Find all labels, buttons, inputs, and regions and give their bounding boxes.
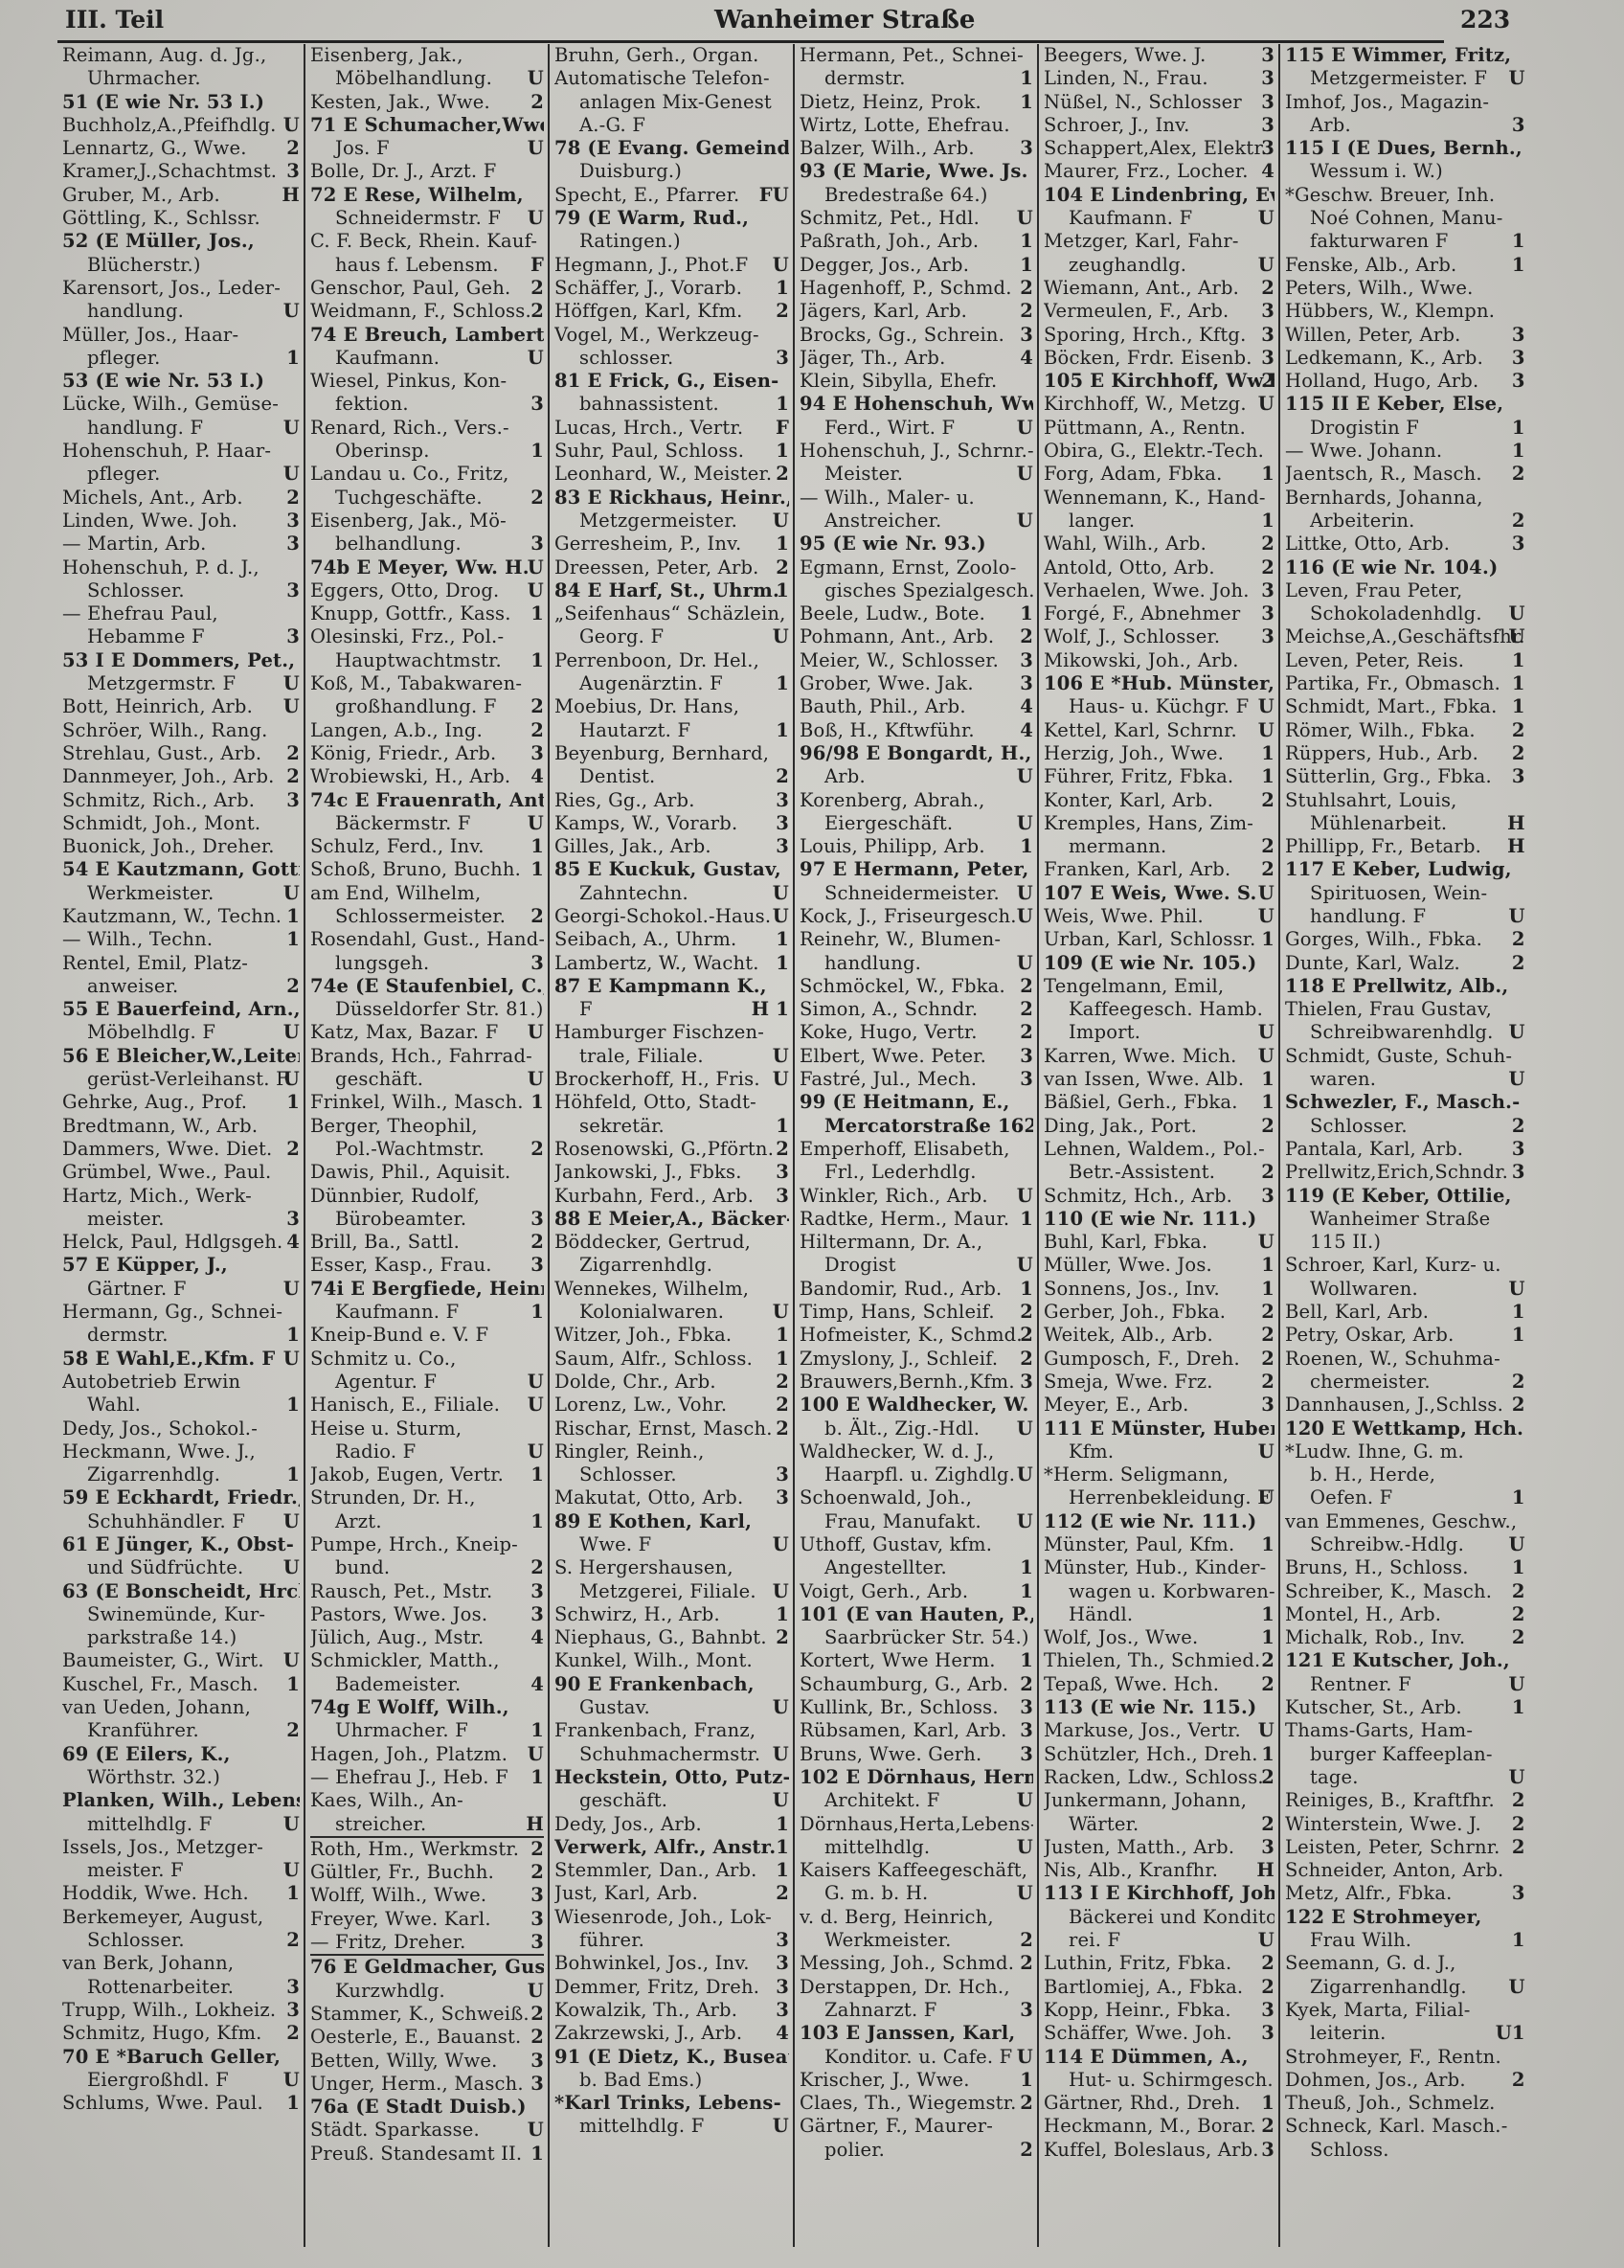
resident-entry: Hagen, Joh., Platzm.U [310,1743,544,1766]
floor-code: 1 [1512,230,1525,253]
resident-entry: Göttling, K., Schlssr. [62,207,300,230]
floor-code: 1 [1261,1068,1274,1091]
floor-code: 3 [1512,533,1525,556]
entry-text: Spirituosen, Wein- [1310,882,1487,905]
entry-text: — Fritz, Dreher. [310,1931,465,1954]
entry-text: 78 (E Evang. Gemeinde, [554,137,789,160]
floor-code: 1 [776,533,789,556]
floor-code: U [773,625,789,648]
floor-code: 1 [1261,510,1274,533]
resident-entry: Eggers, Otto, Drog.U [310,579,544,602]
floor-code: 4 [530,1673,544,1696]
resident-entry: Grümbel, Wwe., Paul. [62,1161,300,1184]
entry-text: Schlosser. [579,1463,677,1486]
entry-text: Drogist [824,1254,896,1277]
resident-entry: Müller, Jos., Haar- [62,324,300,347]
resident-entry: Wwe. FU [554,1533,789,1556]
resident-entry: — Wwe. Johann.1 [1285,440,1525,463]
house-number-entry: 120 E Wettkamp, Hch. [1285,1417,1525,1440]
floor-code: 1 [1261,928,1274,951]
resident-entry: Oberinsp.1 [310,440,544,463]
entry-text: Münster, Paul, Kfm. [1044,1533,1234,1556]
resident-entry: Werkmeister.2 [800,1929,1033,1952]
resident-entry: Buonick, Joh., Dreher. [62,835,300,858]
entry-text: Arb. [1310,114,1351,137]
entry-text: Planken, Wilh., Lebens- [62,1789,300,1812]
entry-text: b. Ält., Zig.-Hdl. [824,1417,980,1440]
entry-text: Ries, Gg., Arb. [554,789,695,812]
entry-text: 109 (E wie Nr. 105.) [1044,952,1256,975]
floor-code: 3 [1512,765,1525,788]
floor-code: U [528,1068,544,1091]
house-number-entry: 59 E Eckhardt, Friedr., [62,1486,300,1509]
resident-entry: Wolff, Wilh., Wwe.3 [310,1884,544,1907]
resident-entry: Schmitz, Rich., Arb.3 [62,789,300,812]
entry-text: Linden, N., Frau. [1044,67,1208,90]
resident-entry: Wollwaren.U [1285,1278,1525,1301]
entry-text: van Ueden, Johann, [62,1696,251,1719]
resident-entry: Degger, Jos., Arb.1 [800,254,1033,277]
entry-text: Katz, Max, Bazar. F [310,1021,498,1044]
entry-text: 56 E Bleicher,W.,Leiter- [62,1045,300,1068]
entry-text: Willen, Peter, Arb. [1285,324,1461,347]
floor-code: 1 [1020,835,1033,858]
entry-text: Ledkemann, K., Arb. [1285,347,1483,370]
floor-code: 3 [1020,649,1033,672]
resident-entry: Händl.1 [1044,1603,1274,1626]
entry-text: Augenärztin. F [579,672,723,695]
floor-code: 2 [1020,277,1033,300]
floor-code: 1 [1261,765,1274,788]
floor-code: 2 [1512,1115,1525,1138]
resident-entry: Dietz, Heinz, Prok.1 [800,91,1033,114]
entry-text: 97 E Hermann, Peter, [800,858,1029,881]
entry-text: — Ehefrau Paul, [62,602,218,625]
resident-entry: Schmickler, Matth., [310,1649,544,1672]
resident-entry: Mühlenarbeit.H [1285,812,1525,835]
resident-entry: Rüppers, Hub., Arb.2 [1285,742,1525,765]
resident-entry: Baumeister, G., Wirt.U [62,1649,300,1672]
resident-entry: Zigarrenhandlg.U [1285,1976,1525,1999]
resident-entry: Kfm.U [1044,1440,1274,1463]
floor-code: 2 [286,487,300,510]
floor-code: F [530,254,544,277]
resident-entry: Wessum i. W.) [1285,160,1525,183]
floor-code: 2 [530,91,544,114]
entry-text: lungsgeh. [335,952,429,975]
floor-code: U [283,417,300,440]
entry-text: führer. [579,1929,644,1952]
entry-text: 51 (E wie Nr. 53 I.) [62,91,264,114]
floor-code: 1 [776,1813,789,1836]
entry-text: Haus- u. Küchgr. F [1069,695,1249,718]
resident-entry: Metzgerei, Filiale.U [554,1580,789,1603]
floor-code: 3 [1512,1138,1525,1161]
floor-code: U [283,1278,300,1301]
floor-code: 1 [1261,1278,1274,1301]
floor-code: 2 [1261,1324,1274,1347]
resident-entry: Sonnens, Jos., Inv.1 [1044,1278,1274,1301]
house-number-entry: 70 E *Baruch Geller, [62,2046,300,2069]
entry-text: geschäft. [579,1789,667,1812]
floor-code: 3 [530,1580,544,1603]
entry-text: Heckstein, Otto, Putz- [554,1766,789,1789]
entry-text: Schützler, Hch., Dreh. [1044,1743,1258,1766]
entry-text: Berger, Theophil, [310,1115,478,1138]
resident-entry: Vogel, M., Werkzeug- [554,324,789,347]
entry-text: S. Hergershausen, [554,1556,733,1579]
entry-text: Jäger, Th., Arb. [800,347,946,370]
resident-entry: Rausch, Pet., Mstr.3 [310,1580,544,1603]
resident-entry: Höffgen, Karl, Kfm.2 [554,300,789,323]
entry-text: 101 (E van Hauten, P., [800,1603,1033,1626]
floor-code: 1 [286,1394,300,1417]
house-number-entry: 95 (E wie Nr. 93.) [800,533,1033,556]
resident-entry: Fastré, Jul., Mech.3 [800,1068,1033,1091]
floor-code: 1 [286,928,300,951]
entry-text: Petry, Oskar, Arb. [1285,1324,1454,1347]
resident-entry: Schwirz, H., Arb.1 [554,1603,789,1626]
resident-entry: handlung.U [62,300,300,323]
resident-entry: Wahl, Wilh., Arb.2 [1044,533,1274,556]
floor-code: 1 [1261,1626,1274,1649]
entry-text: Heise u. Sturm, [310,1417,462,1440]
resident-entry: Preuß. Standesamt II.1 [310,2143,544,2166]
resident-entry: Kopp, Heinr., Fbka.3 [1044,1999,1274,2022]
floor-code: 3 [530,1603,544,1626]
entry-text: 90 E Frankenbach, [554,1673,755,1696]
entry-text: *Karl Trinks, Lebens- [554,2092,781,2115]
entry-text: Schwirz, H., Arb. [554,1603,720,1626]
resident-entry: großhandlung. F2 [310,695,544,718]
resident-entry: Betten, Willy, Wwe.3 [310,2050,544,2073]
entry-text: Hermann, Pet., Schnei- [800,44,1024,67]
resident-entry: Dedy, Jos., Arb.1 [554,1813,789,1836]
entry-text: Kaffeegesch. Hamb. [1069,998,1263,1021]
entry-text: Kuffel, Boleslaus, Arb. [1044,2139,1259,2162]
entry-text: Möbelhandlung. [335,67,492,90]
floor-code: 1 [1020,2069,1033,2092]
resident-entry: Louis, Philipp, Arb.1 [800,835,1033,858]
entry-text: Hohenschuh, P. d. J., [62,556,259,579]
floor-code: 3 [1261,67,1274,90]
floor-code: 2 [1261,1813,1274,1836]
entry-text: Meister. [824,463,903,486]
floor-code: U [1258,1929,1274,1952]
floor-code: 1 [1020,602,1033,625]
floor-code: 3 [530,952,544,975]
floor-code: 1 [1512,672,1525,695]
entry-text: Schmöckel, W., Fbka. [800,975,1005,998]
entry-text: Lambertz, W., Wacht. [554,952,759,975]
resident-entry: Agentur. FU [310,1371,544,1394]
entry-text: Haarpfl. u. Zighdlg. [824,1463,1015,1486]
resident-entry: Pantala, Karl, Arb.3 [1285,1138,1525,1161]
floor-code: 1 [776,393,789,416]
entry-text: Bäßiel, Gerh., Fbka. [1044,1091,1238,1114]
resident-entry: Hartz, Mich., Werk- [62,1185,300,1208]
entry-text: Kaufmann. F [335,1301,459,1324]
resident-entry: Olesinski, Frz., Pol.- [310,625,544,648]
resident-entry: wagen u. Korbwaren- [1044,1580,1274,1603]
floor-code: U [773,2115,789,2138]
floor-code: 1 [1020,67,1033,90]
floor-code: 2 [776,765,789,788]
entry-text: Pohmann, Ant., Arb. [800,625,994,648]
house-number-entry: 74 E Breuch, Lambert, [310,324,544,347]
resident-entry: — Wilh., Techn.1 [62,928,300,951]
entry-text: Eisenberg, Jak., [310,44,463,67]
entry-text: Zigarrenhdlg. [87,1463,220,1486]
entry-text: Linden, Wwe. Joh. [62,510,237,533]
resident-entry: Schlosser.3 [62,579,300,602]
resident-entry: Hebamme F3 [62,625,300,648]
entry-text: Kneip-Bund e. V. F [310,1324,488,1347]
entry-text: Hut- u. Schirmgesch. [1069,2069,1274,2092]
resident-entry: Elbert, Wwe. Peter.3 [800,1045,1033,1068]
resident-entry: Wrobiewski, H., Arb.4 [310,765,544,788]
floor-code: 2 [1261,1673,1274,1696]
floor-code: 3 [1261,1394,1274,1417]
resident-entry: Sütterlin, Grg., Fbka.3 [1285,765,1525,788]
entry-text: Brauwers,Bernh.,Kfm. [800,1371,1015,1394]
resident-entry: Jankowski, J., Fbks.3 [554,1161,789,1184]
resident-entry: Schmitz u. Co., [310,1348,544,1371]
house-number-entry: 55 E Bauerfeind, Arn., [62,998,300,1021]
floor-code: 2 [1512,1813,1525,1836]
floor-code: U [1017,1463,1033,1486]
resident-entry: Eiergroßhdl. FU [62,2069,300,2092]
entry-text: Metzgermstr. F [87,672,236,695]
floor-code: U [773,1068,789,1091]
entry-text: Agentur. F [335,1371,437,1394]
entry-text: Bademeister. [335,1673,461,1696]
entry-text: Schmitz, Rich., Arb. [62,789,255,812]
resident-entry: Bell, Karl, Arb.1 [1285,1301,1525,1324]
resident-entry: Arb.3 [1285,114,1525,137]
floor-code: U [283,882,300,905]
resident-entry: Rübsamen, Karl, Arb.3 [800,1719,1033,1742]
entry-text: 74 E Breuch, Lambert, [310,324,544,347]
resident-entry: Meier, W., Schlosser.3 [800,649,1033,672]
floor-code: 3 [776,789,789,812]
entry-text: v. d. Berg, Heinrich, [800,1906,994,1929]
entry-text: Schulz, Ferd., Inv. [310,835,485,858]
entry-text: Strunden, Dr. H., [310,1486,476,1509]
resident-entry: Noé Cohnen, Manu- [1285,207,1525,230]
resident-entry: Kuffel, Boleslaus, Arb.3 [1044,2139,1274,2162]
entry-text: Zahnarzt. F [824,1999,936,2022]
entry-text: Schlossermeister. [335,905,506,928]
resident-entry: Wennekes, Wilhelm, [554,1278,789,1301]
floor-code: U [1508,67,1524,90]
entry-text: Beyenburg, Bernhard, [554,742,769,765]
resident-entry: Lorenz, Lw., Vohr.2 [554,1394,789,1417]
entry-text: Rottenarbeiter. [87,1976,234,1999]
resident-entry: Karensort, Jos., Leder- [62,277,300,300]
house-number-entry: 84 E Harf, St., Uhrm.1 [554,579,789,602]
floor-code: 2 [530,1556,544,1579]
resident-entry: Bauth, Phil., Arb.4 [800,695,1033,718]
floor-code: 1 [1512,1556,1525,1579]
entry-text: Hamburger Fischzen- [554,1021,764,1044]
entry-text: Angestellter. [824,1556,947,1579]
resident-entry: Beyenburg, Bernhard, [554,742,789,765]
entry-text: Helck, Paul, Hdlgsgeh. [62,1231,282,1254]
entry-text: Kock, J., Friseurgesch. [800,905,1017,928]
resident-entry: haus f. Lebensm.F [310,254,544,277]
resident-entry: mermann.2 [1044,835,1274,858]
floor-code: 1 [776,579,789,602]
entry-text: 76a (E Stadt Duisb.) [310,2096,527,2119]
resident-entry: Frau, Manufakt.U [800,1510,1033,1533]
entry-text: handlung. [87,300,184,323]
floor-code: 2 [1512,742,1525,765]
house-number-entry: 51 (E wie Nr. 53 I.) [62,91,300,114]
floor-code: U [1258,1440,1274,1463]
floor-code: 2 [530,1138,544,1161]
resident-entry: Winterstein, Wwe. J.2 [1285,1813,1525,1836]
entry-text: mermann. [1069,835,1166,858]
resident-entry: Kaufmann. FU [1044,207,1274,230]
house-number-entry: 122 E Strohmeyer, [1285,1906,1525,1929]
resident-entry: Specht, E., Pfarrer.FU [554,184,789,207]
resident-entry: König, Friedr., Arb.3 [310,742,544,765]
floor-code: 3 [1261,300,1274,323]
floor-code: U [1017,1417,1033,1440]
floor-code: 2 [286,742,300,765]
entry-text: Dedy, Jos., Schokol.- [62,1417,258,1440]
entry-text: parkstraße 14.) [87,1626,237,1649]
entry-text: 84 E Harf, St., Uhrm. [554,579,779,602]
entry-text: 112 (E wie Nr. 111.) [1044,1510,1256,1533]
resident-entry: Karren, Wwe. Mich.U [1044,1045,1274,1068]
entry-text: Hanisch, E., Filiale. [310,1394,500,1417]
entry-text: Städt. Sparkasse. [310,2119,480,2142]
entry-text: Blücherstr.) [87,254,201,277]
resident-entry: Haarpfl. u. Zighdlg.U [800,1463,1033,1486]
entry-text: Kaufmann. F [1069,207,1192,230]
entry-text: Wanheimer Straße [1310,1208,1490,1231]
resident-entry: Hiltermann, Dr. A., [800,1231,1033,1254]
entry-text: fakturwaren F [1310,230,1448,253]
entry-text: 113 (E wie Nr. 115.) [1044,1696,1256,1719]
entry-text: mittelhdlg. F [87,1813,212,1836]
entry-text: Bohwinkel, Jos., Inv. [554,1952,750,1975]
entry-text: Obira, G., Elektr.-Tech. [1044,440,1264,463]
resident-entry: zeughandlg.U [1044,254,1274,277]
floor-code: 1 [530,835,544,858]
resident-entry: Hagenhoff, P., Schmd.2 [800,277,1033,300]
entry-text: Noé Cohnen, Manu- [1310,207,1503,230]
resident-entry: b. H., Herde, [1285,1463,1525,1486]
resident-entry: van Ueden, Johann, [62,1696,300,1719]
resident-entry: mittelhdlg.U [800,1836,1033,1859]
resident-entry: Schreiber, K., Masch.2 [1285,1580,1525,1603]
floor-code: 3 [1261,1836,1274,1859]
entry-text: Zigarrenhdlg. [579,1254,712,1277]
entry-text: Kurbahn, Ferd., Arb. [554,1185,754,1208]
entry-text: Radio. F [335,1440,416,1463]
floor-code: U [283,1649,300,1672]
floor-code: 2 [1512,1580,1525,1603]
house-number-entry: Heckstein, Otto, Putz- [554,1766,789,1789]
resident-entry: Schlums, Wwe. Paul.1 [62,2092,300,2115]
entry-text: Düsseldorfer Str. 81.) [335,998,544,1021]
resident-entry: Bott, Heinrich, Arb.U [62,695,300,718]
floor-code: 2 [1020,625,1033,648]
entry-text: Kullink, Br., Schloss. [800,1696,999,1719]
entry-text: Kortert, Wwe Herm. [800,1649,996,1672]
entry-text: Kfm. [1069,1440,1114,1463]
entry-text: Stemmler, Dan., Arb. [554,1859,757,1882]
house-number-entry: 74g E Wolff, Wilh., [310,1696,544,1719]
resident-entry: streicher.H [310,1813,544,1836]
floor-code: 1 [286,905,300,928]
entry-text: Schokoladenhdlg. [1310,602,1482,625]
entry-text: Bredestraße 64.) [824,184,988,207]
house-number-entry: 85 E Kuckuk, Gustav, [554,858,789,881]
entry-text: Rosendahl, Gust., Hand- [310,928,544,951]
entry-text: Oefen. F [1310,1486,1392,1509]
floor-code: 3 [530,1254,544,1277]
entry-text: Hohenschuh, P. Haar- [62,440,271,463]
house-number-entry: 74b E Meyer, Ww. H.U [310,556,544,579]
resident-entry: Kramer,J.,Schachtmst.3 [62,160,300,183]
entry-text: Rentner. F [1310,1673,1411,1696]
entry-text: *Geschw. Breuer, Inh. [1285,184,1495,207]
floor-code: 2 [1512,1371,1525,1394]
entry-text: 53 (E wie Nr. 53 I.) [62,370,264,393]
floor-code: 2 [776,1417,789,1440]
entry-text: Schneck, Karl. Masch.- [1285,2115,1508,2138]
floor-code: U [1017,1510,1033,1533]
entry-text: Betten, Willy, Wwe. [310,2050,498,2073]
entry-text: Littke, Otto, Arb. [1285,533,1450,556]
entry-text: Gilles, Jak., Arb. [554,835,711,858]
entry-text: Sporing, Hrch., Kftg. [1044,324,1246,347]
resident-entry: Schoß, Bruno, Buchh.1 [310,858,544,881]
entry-text: Grober, Wwe. Jak. [800,672,974,695]
entry-text: Dannhausen, J.,Schlss. [1285,1394,1503,1417]
floor-code: 3 [1512,324,1525,347]
resident-entry: Roth, Hm., Werkmstr.2 [310,1836,544,1861]
entry-text: Wennekes, Wilhelm, [554,1278,749,1301]
entry-text: Bandomir, Rud., Arb. [800,1278,1002,1301]
resident-entry: Korenberg, Abrah., [800,789,1033,812]
entry-text: Schmidt, Mart., Fbka. [1285,695,1497,718]
column-2: Eisenberg, Jak.,Möbelhandlung.UKesten, J… [304,44,548,2247]
floor-code: 2 [1020,998,1033,1021]
entry-text: Bolle, Dr. J., Arzt. F [310,160,496,183]
floor-code: U [773,1580,789,1603]
floor-code: 1 [1261,463,1274,486]
entry-text: 107 E Weis, Wwe. S. [1044,882,1256,905]
entry-text: Kolonialwaren. [579,1301,724,1324]
floor-code: 2 [1512,463,1525,486]
directory-page: III. Teil Wanheimer Straße 223 Reimann, … [0,0,1624,2268]
resident-entry: Freyer, Wwe. Karl.3 [310,1908,544,1931]
resident-entry: handlung.U [800,952,1033,975]
resident-entry: Meyer, E., Arb.3 [1044,1394,1274,1417]
entry-text: F [579,998,593,1021]
resident-entry: Lehnen, Waldem., Pol.- [1044,1138,1274,1161]
entry-text: Gruber, M., Arb. [62,184,220,207]
floor-code: U [1017,2046,1033,2069]
entry-text: 110 (E wie Nr. 111.) [1044,1208,1256,1231]
resident-entry: Bohwinkel, Jos., Inv.3 [554,1952,789,1975]
resident-entry: Bäckerei und Kondito- [1044,1906,1274,1929]
